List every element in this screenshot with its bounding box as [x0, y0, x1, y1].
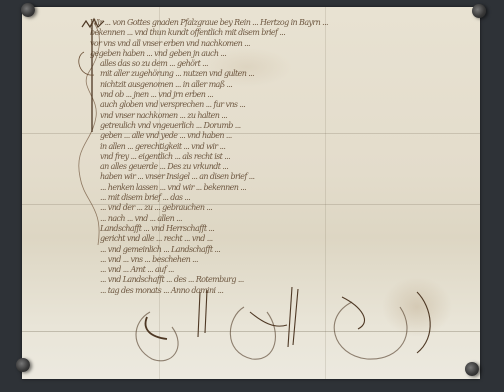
- pin-weight-bottom-left: [16, 358, 30, 372]
- text-line: Landschafft ... vnd Herrschafft ...: [80, 224, 490, 234]
- text-line: nichtzit ausgenomen ... in aller maß ...: [80, 80, 490, 90]
- text-line: vnd frey ... eigentlich ... als recht is…: [80, 152, 490, 162]
- text-line: ... vnd ... vns ... beschehen ...: [80, 255, 490, 265]
- manuscript-text-block: Wir ... von Gottes gnaden Pfalzgraue bey…: [80, 18, 490, 296]
- text-line: bekennen ... vnd thun kundt offentlich m…: [80, 28, 490, 38]
- text-line: vnd ob ... jnen ... vnd jrn erben ...: [80, 90, 490, 100]
- text-line: ... henken lassen ... vnd wir ... bekenn…: [80, 183, 490, 193]
- text-line: an alles geuerde ... Des zu vrkundt ...: [80, 162, 490, 172]
- text-line: vnd vnser nachkomen ... zu halten ...: [80, 111, 490, 121]
- text-line: in allen ... gerechtigkeit ... vnd wir .…: [80, 142, 490, 152]
- text-line: gegeben haben ... vnd geben jn auch ...: [80, 49, 490, 59]
- text-line: ... vnd ... Amt ... auf ...: [80, 265, 490, 275]
- parchment-document: Wir ... von Gottes gnaden Pfalzgraue bey…: [22, 7, 480, 379]
- text-line: vor vns vnd all vnser erben vnd nachkome…: [80, 39, 490, 49]
- text-line: alles das so zu dem ... gehört ...: [80, 59, 490, 69]
- pin-weight-top-right: [472, 4, 486, 18]
- text-line: geben ... alle vnd yede ... vnd haben ..…: [80, 131, 490, 141]
- text-line: ... mit disem brief ... das ...: [80, 193, 490, 203]
- text-line: auch globen vnd versprechen ... fur vns …: [80, 100, 490, 110]
- text-line: ... nach ... vnd ... allen ...: [80, 214, 490, 224]
- pin-weight-bottom-right: [465, 362, 479, 376]
- text-line: getreulich vnd vngeuerlich ... Dorumb ..…: [80, 121, 490, 131]
- text-line: mit aller zugehörung ... nutzen vnd gult…: [80, 69, 490, 79]
- text-line: ... vnd Landschafft ... des ... Rotembur…: [80, 275, 490, 285]
- pin-weight-top-left: [21, 3, 35, 17]
- text-line: gericht vnd alle ... recht ... vnd ...: [80, 234, 490, 244]
- text-line: ... vnd gemeinlich ... Landschafft ...: [80, 245, 490, 255]
- text-line: ... vnd der ... zu ... gebrauchen ...: [80, 203, 490, 213]
- text-line: Wir ... von Gottes gnaden Pfalzgraue bey…: [80, 18, 490, 28]
- text-line: ... tag des monats ... Anno domini ...: [80, 286, 380, 296]
- text-line: haben wir ... vnser Insigel ... an disen…: [80, 172, 490, 182]
